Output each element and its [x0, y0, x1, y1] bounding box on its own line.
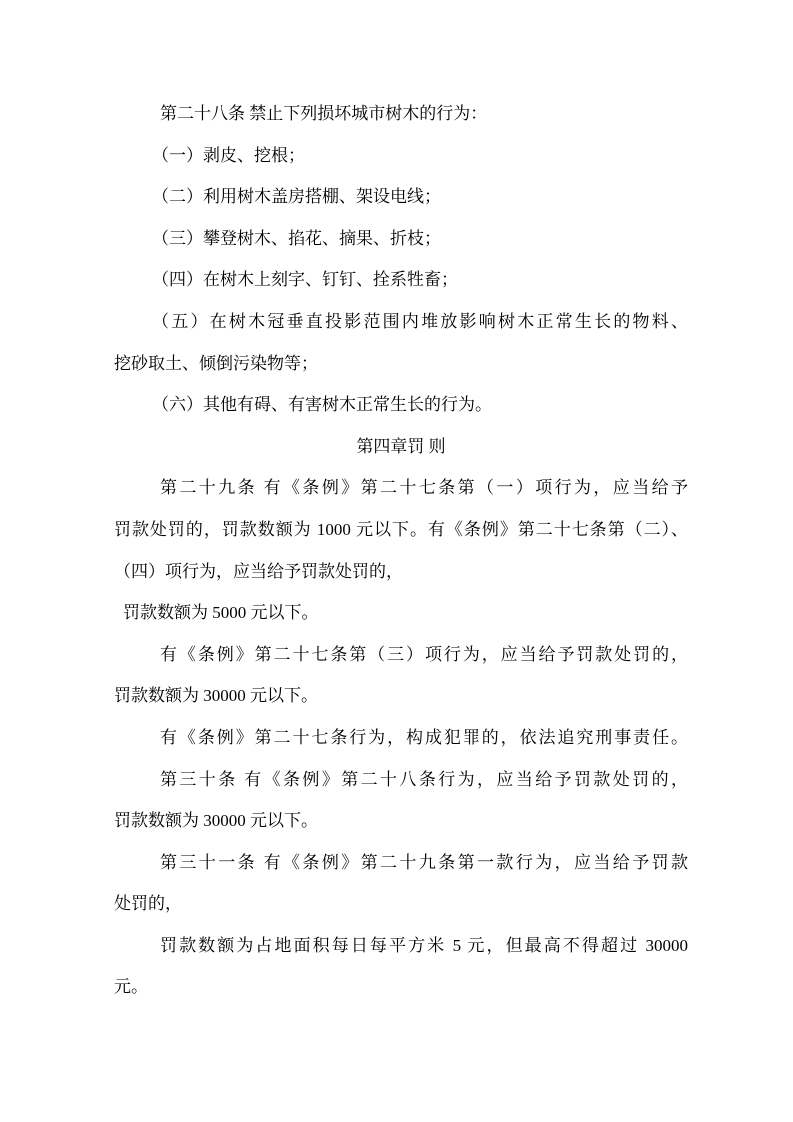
article-31-fine-line-1: 罚款数额为占地面积每日每平方米 5 元，但最高不得超过 30000 — [114, 925, 688, 967]
article-29-item-3-line-2: 罚款数额为 30000 元以下。 — [114, 675, 688, 717]
article-31-fine-line-2: 元。 — [114, 966, 688, 1008]
article-31-line-2: 处罚的， — [114, 883, 688, 925]
article-30-line-1: 第三十条 有《条例》第二十八条行为，应当给予罚款处罚的， — [114, 759, 688, 801]
prohibited-item-3: （三）攀登树木、掐花、摘果、折枝； — [114, 218, 688, 260]
article-29-fine-5000: 罚款数额为 5000 元以下。 — [114, 592, 688, 634]
prohibited-item-6: （六）其他有碍、有害树木正常生长的行为。 — [114, 384, 688, 426]
prohibited-item-1: （一）剥皮、挖根； — [114, 135, 688, 177]
article-28-opening: 第二十八条 禁止下列损坏城市树木的行为： — [114, 93, 688, 135]
article-29-criminal-liability: 有《条例》第二十七条行为，构成犯罪的，依法追究刑事责任。 — [114, 717, 688, 759]
article-29-line-1: 第二十九条 有《条例》第二十七条第（一）项行为，应当给予 — [114, 467, 688, 509]
document-page: 第二十八条 禁止下列损坏城市树木的行为： （一）剥皮、挖根； （二）利用树木盖房… — [0, 0, 793, 1122]
article-29-item-3-line-1: 有《条例》第二十七条第（三）项行为，应当给予罚款处罚的， — [114, 634, 688, 676]
prohibited-item-5-line-2: 挖砂取土、倾倒污染物等； — [114, 343, 688, 385]
prohibited-item-5-line-1: （五）在树木冠垂直投影范围内堆放影响树木正常生长的物料、 — [114, 301, 688, 343]
prohibited-item-2: （二）利用树木盖房搭棚、架设电线； — [114, 176, 688, 218]
article-30-line-2: 罚款数额为 30000 元以下。 — [114, 800, 688, 842]
article-31-line-1: 第三十一条 有《条例》第二十九条第一款行为，应当给予罚款 — [114, 842, 688, 884]
article-29-line-2: 罚款处罚的，罚款数额为 1000 元以下。有《条例》第二十七条第（二）、 — [114, 509, 688, 551]
chapter-4-heading: 第四章罚 则 — [114, 426, 688, 468]
prohibited-item-4: （四）在树木上刻字、钉钉、拴系牲畜； — [114, 259, 688, 301]
article-29-line-3: （四）项行为，应当给予罚款处罚的， — [114, 551, 688, 593]
